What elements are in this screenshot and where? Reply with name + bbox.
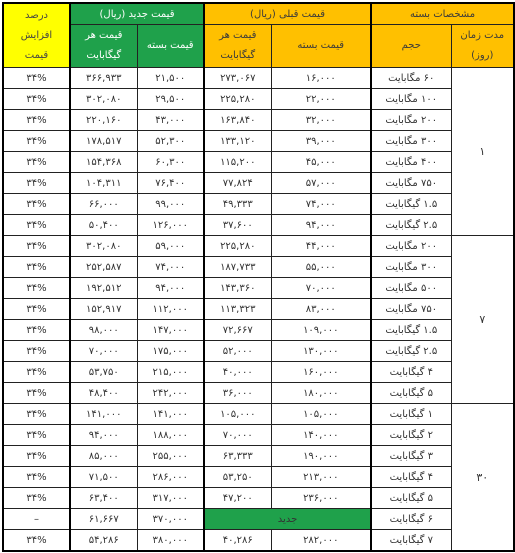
old-package-price-cell: ۳۹,۰۰۰ — [271, 131, 371, 152]
volume-cell: ۶ گیگابایت — [371, 509, 451, 530]
old-per-gb-cell: ۴۹,۳۳۳ — [204, 194, 271, 215]
new-per-gb-cell: ۱۹۲,۵۱۲ — [70, 278, 137, 299]
increase-pct-cell: ۳۴% — [3, 341, 70, 362]
new-package-price-cell: ۹۹,۰۰۰ — [137, 194, 204, 215]
increase-pct-cell: ۳۴% — [3, 89, 70, 110]
table-row: ۳۴%۱۰۴,۳۱۱۷۶,۴۰۰۷۷,۸۲۴۵۷,۰۰۰۷۵۰ مگابایت — [3, 173, 514, 194]
old-per-gb-cell: ۵۲,۰۰۰ — [204, 341, 271, 362]
header-row-1: درصد افزایش قیمت قیمت جدید (ریال) قیمت ق… — [3, 3, 514, 25]
old-per-gb-cell: ۵۳,۲۵۰ — [204, 467, 271, 488]
increase-pct-cell: ۳۴% — [3, 383, 70, 404]
new-per-gb-cell: ۸۵,۰۰۰ — [70, 446, 137, 467]
new-per-gb-cell: ۹۴,۰۰۰ — [70, 425, 137, 446]
increase-pct-cell: ۳۴% — [3, 152, 70, 173]
old-package-price-cell: ۲۱۳,۰۰۰ — [271, 467, 371, 488]
volume-cell: ۳ گیگابایت — [371, 446, 451, 467]
new-per-gb-cell: ۱۵۴,۳۶۸ — [70, 152, 137, 173]
header-old-package-price: قیمت بسته — [271, 25, 371, 68]
new-per-gb-cell: ۳۰۲,۰۸۰ — [70, 236, 137, 257]
table-row: ۳۴%۷۰,۰۰۰۱۷۵,۰۰۰۵۲,۰۰۰۱۳۰,۰۰۰۲.۵ گیگابای… — [3, 341, 514, 362]
volume-cell: ۷۵۰ مگابایت — [371, 173, 451, 194]
volume-cell: ۲۰۰ مگابایت — [371, 236, 451, 257]
new-package-price-cell: ۷۶,۴۰۰ — [137, 173, 204, 194]
old-per-gb-cell: ۱۶۳,۸۴۰ — [204, 110, 271, 131]
volume-cell: ۴ گیگابایت — [371, 467, 451, 488]
table-row: ۳۴%۷۱,۵۰۰۲۸۶,۰۰۰۵۳,۲۵۰۲۱۳,۰۰۰۴ گیگابایت — [3, 467, 514, 488]
new-per-gb-cell: ۶۱,۶۶۷ — [70, 509, 137, 530]
table-row: ۳۴%۵۳,۷۵۰۲۱۵,۰۰۰۴۰,۰۰۰۱۶۰,۰۰۰۴ گیگابایت — [3, 362, 514, 383]
new-per-gb-cell: ۷۱,۵۰۰ — [70, 467, 137, 488]
header-new-per-gb: قیمت هر گیگابایت — [70, 25, 137, 68]
table-row: ۳۴%۳۰۲,۰۸۰۵۹,۰۰۰۲۲۵,۲۸۰۴۴,۰۰۰۲۰۰ مگابایت… — [3, 236, 514, 257]
old-per-gb-cell: ۲۲۵,۲۸۰ — [204, 89, 271, 110]
volume-cell: ۲.۵ گیگابایت — [371, 341, 451, 362]
new-package-price-cell: ۶۰,۳۰۰ — [137, 152, 204, 173]
new-per-gb-cell: ۴۸,۴۰۰ — [70, 383, 137, 404]
header-new-per-gb-line1: قیمت هر — [71, 26, 137, 46]
volume-cell: ۱.۵ گیگابایت — [371, 320, 451, 341]
volume-cell: ۴ گیگابایت — [371, 362, 451, 383]
new-per-gb-cell: ۷۰,۰۰۰ — [70, 341, 137, 362]
old-package-price-cell: ۲۲,۰۰۰ — [271, 89, 371, 110]
old-package-price-cell: ۵۵,۰۰۰ — [271, 257, 371, 278]
header-new-per-gb-line2: گیگابایت — [71, 46, 137, 66]
old-package-price-cell: ۵۷,۰۰۰ — [271, 173, 371, 194]
increase-pct-cell: ۳۴% — [3, 110, 70, 131]
old-per-gb-cell: ۱۴۳,۳۶۰ — [204, 278, 271, 299]
new-per-gb-cell: ۲۲۰,۱۶۰ — [70, 110, 137, 131]
new-package-price-cell: ۱۷۵,۰۰۰ — [137, 341, 204, 362]
increase-pct-cell: – — [3, 509, 70, 530]
new-package-price-cell: ۲۱,۵۰۰ — [137, 68, 204, 89]
new-package-price-cell: ۱۲۶,۰۰۰ — [137, 215, 204, 236]
old-per-gb-cell: ۴۰,۰۰۰ — [204, 362, 271, 383]
header-duration-line2: (روز) — [452, 46, 514, 66]
increase-pct-cell: ۳۴% — [3, 530, 70, 552]
old-package-price-cell: ۱۳۰,۰۰۰ — [271, 341, 371, 362]
table-row: ۳۴%۱۷۸,۵۱۷۵۲,۳۰۰۱۳۳,۱۲۰۳۹,۰۰۰۳۰۰ مگابایت — [3, 131, 514, 152]
new-per-gb-cell: ۵۳,۷۵۰ — [70, 362, 137, 383]
increase-pct-cell: ۳۴% — [3, 299, 70, 320]
increase-pct-cell: ۳۴% — [3, 68, 70, 89]
old-per-gb-cell: ۱۸۷,۷۳۳ — [204, 257, 271, 278]
new-package-price-cell: ۳۸۰,۰۰۰ — [137, 530, 204, 552]
duration-cell: ۷ — [451, 236, 514, 404]
old-package-price-cell: ۱۶,۰۰۰ — [271, 68, 371, 89]
old-per-gb-cell: ۱۳۳,۱۲۰ — [204, 131, 271, 152]
new-package-price-cell: ۵۲,۳۰۰ — [137, 131, 204, 152]
table-row: ۳۴%۳۰۲,۰۸۰۲۹,۵۰۰۲۲۵,۲۸۰۲۲,۰۰۰۱۰۰ مگابایت — [3, 89, 514, 110]
increase-pct-cell: ۳۴% — [3, 488, 70, 509]
volume-cell: ۵۰۰ مگابایت — [371, 278, 451, 299]
new-package-price-cell: ۱۴۱,۰۰۰ — [137, 404, 204, 425]
header-new-package-price: قیمت بسته — [137, 25, 204, 68]
new-per-gb-cell: ۲۵۲,۵۸۷ — [70, 257, 137, 278]
header-old-per-gb-line2: گیگابایت — [205, 46, 271, 66]
increase-pct-cell: ۳۴% — [3, 257, 70, 278]
table-row: ۳۴%۹۴,۰۰۰۱۸۸,۰۰۰۷۰,۰۰۰۱۴۰,۰۰۰۲ گیگابایت — [3, 425, 514, 446]
new-package-price-cell: ۵۹,۰۰۰ — [137, 236, 204, 257]
header-old-per-gb-line1: قیمت هر — [205, 26, 271, 46]
increase-pct-cell: ۳۴% — [3, 278, 70, 299]
new-package-price-cell: ۱۱۲,۰۰۰ — [137, 299, 204, 320]
increase-pct-cell: ۳۴% — [3, 320, 70, 341]
header-old-per-gb: قیمت هر گیگابایت — [204, 25, 271, 68]
old-package-price-cell: ۸۳,۰۰۰ — [271, 299, 371, 320]
old-package-price-cell: ۷۴,۰۰۰ — [271, 194, 371, 215]
table-row: ۳۴%۴۸,۴۰۰۲۴۲,۰۰۰۳۶,۰۰۰۱۸۰,۰۰۰۵ گیگابایت — [3, 383, 514, 404]
old-per-gb-cell: ۷۰,۰۰۰ — [204, 425, 271, 446]
old-package-price-cell: ۴۵,۰۰۰ — [271, 152, 371, 173]
table-row: ۳۴%۳۶۶,۹۳۳۲۱,۵۰۰۲۷۳,۰۶۷۱۶,۰۰۰۶۰ مگابایت۱ — [3, 68, 514, 89]
volume-cell: ۳۰۰ مگابایت — [371, 131, 451, 152]
header-increase-pct: درصد افزایش قیمت — [3, 3, 70, 68]
increase-pct-cell: ۳۴% — [3, 467, 70, 488]
new-package-price-cell: ۲۱۵,۰۰۰ — [137, 362, 204, 383]
duration-cell: ۱ — [451, 68, 514, 236]
new-package-badge: جدید — [204, 509, 371, 530]
old-per-gb-cell: ۴۷,۲۰۰ — [204, 488, 271, 509]
header-increase-pct-line2: افزایش — [4, 26, 69, 46]
new-per-gb-cell: ۹۸,۰۰۰ — [70, 320, 137, 341]
old-package-price-cell: ۳۲,۰۰۰ — [271, 110, 371, 131]
table-row: ۳۴%۱۵۴,۳۶۸۶۰,۳۰۰۱۱۵,۲۰۰۴۵,۰۰۰۴۰۰ مگابایت — [3, 152, 514, 173]
header-old-price-group: قیمت قبلی (ریال) — [204, 3, 371, 25]
volume-cell: ۲ گیگابایت — [371, 425, 451, 446]
new-package-price-cell: ۳۷۰,۰۰۰ — [137, 509, 204, 530]
increase-pct-cell: ۳۴% — [3, 446, 70, 467]
increase-pct-cell: ۳۴% — [3, 131, 70, 152]
new-package-price-cell: ۱۴۷,۰۰۰ — [137, 320, 204, 341]
new-per-gb-cell: ۳۶۶,۹۳۳ — [70, 68, 137, 89]
increase-pct-cell: ۳۴% — [3, 215, 70, 236]
old-package-price-cell: ۹۴,۰۰۰ — [271, 215, 371, 236]
new-per-gb-cell: ۳۰۲,۰۸۰ — [70, 89, 137, 110]
new-package-price-cell: ۳۱۷,۰۰۰ — [137, 488, 204, 509]
header-increase-pct-line3: قیمت — [4, 46, 69, 66]
new-per-gb-cell: ۶۳,۴۰۰ — [70, 488, 137, 509]
new-per-gb-cell: ۱۷۸,۵۱۷ — [70, 131, 137, 152]
old-package-price-cell: ۱۹۰,۰۰۰ — [271, 446, 371, 467]
old-per-gb-cell: ۳۶,۰۰۰ — [204, 383, 271, 404]
table-row: ۳۴%۹۸,۰۰۰۱۴۷,۰۰۰۷۲,۶۶۷۱۰۹,۰۰۰۱.۵ گیگابای… — [3, 320, 514, 341]
new-package-price-cell: ۱۸۸,۰۰۰ — [137, 425, 204, 446]
new-package-price-cell: ۲۴۲,۰۰۰ — [137, 383, 204, 404]
volume-cell: ۲۰۰ مگابایت — [371, 110, 451, 131]
new-per-gb-cell: ۵۰,۴۰۰ — [70, 215, 137, 236]
header-duration: مدت زمان (روز) — [451, 25, 514, 68]
header-volume: حجم — [371, 25, 451, 68]
header-package-spec-group: مشخصات بسته — [371, 3, 514, 25]
table-row: ۳۴%۵۴,۲۸۶۳۸۰,۰۰۰۴۰,۲۸۶۲۸۲,۰۰۰۷ گیگابایت — [3, 530, 514, 552]
header-increase-pct-line1: درصد — [4, 6, 69, 26]
old-package-price-cell: ۲۳۶,۰۰۰ — [271, 488, 371, 509]
table-row: ۳۴%۱۹۲,۵۱۲۹۴,۰۰۰۱۴۳,۳۶۰۷۰,۰۰۰۵۰۰ مگابایت — [3, 278, 514, 299]
new-package-price-cell: ۴۳,۰۰۰ — [137, 110, 204, 131]
table-row: ۳۴%۶۳,۴۰۰۳۱۷,۰۰۰۴۷,۲۰۰۲۳۶,۰۰۰۵ گیگابایت — [3, 488, 514, 509]
old-package-price-cell: ۱۸۰,۰۰۰ — [271, 383, 371, 404]
old-package-price-cell: ۱۰۹,۰۰۰ — [271, 320, 371, 341]
new-package-price-cell: ۲۵۵,۰۰۰ — [137, 446, 204, 467]
old-per-gb-cell: ۲۲۵,۲۸۰ — [204, 236, 271, 257]
old-package-price-cell: ۱۰۵,۰۰۰ — [271, 404, 371, 425]
duration-cell: ۳۰ — [451, 404, 514, 552]
increase-pct-cell: ۳۴% — [3, 236, 70, 257]
table-row: ۳۴%۱۵۲,۹۱۷۱۱۲,۰۰۰۱۱۳,۳۲۳۸۳,۰۰۰۷۵۰ مگابای… — [3, 299, 514, 320]
volume-cell: ۷۵۰ مگابایت — [371, 299, 451, 320]
increase-pct-cell: ۳۴% — [3, 173, 70, 194]
new-package-price-cell: ۷۴,۰۰۰ — [137, 257, 204, 278]
volume-cell: ۷ گیگابایت — [371, 530, 451, 552]
new-per-gb-cell: ۱۰۴,۳۱۱ — [70, 173, 137, 194]
price-table: درصد افزایش قیمت قیمت جدید (ریال) قیمت ق… — [2, 2, 515, 552]
new-package-price-cell: ۹۴,۰۰۰ — [137, 278, 204, 299]
new-per-gb-cell: ۱۴۱,۰۰۰ — [70, 404, 137, 425]
header-row-2: قیمت هر گیگابایت قیمت بسته قیمت هر گیگاب… — [3, 25, 514, 68]
old-per-gb-cell: ۳۷,۶۰۰ — [204, 215, 271, 236]
increase-pct-cell: ۳۴% — [3, 194, 70, 215]
old-per-gb-cell: ۱۱۳,۳۲۳ — [204, 299, 271, 320]
new-per-gb-cell: ۱۵۲,۹۱۷ — [70, 299, 137, 320]
table-row: ۳۴%۵۰,۴۰۰۱۲۶,۰۰۰۳۷,۶۰۰۹۴,۰۰۰۲.۵ گیگابایت — [3, 215, 514, 236]
table-row: –۶۱,۶۶۷۳۷۰,۰۰۰جدید۶ گیگابایت — [3, 509, 514, 530]
old-per-gb-cell: ۷۷,۸۲۴ — [204, 173, 271, 194]
header-new-price-group: قیمت جدید (ریال) — [70, 3, 204, 25]
increase-pct-cell: ۳۴% — [3, 362, 70, 383]
new-package-price-cell: ۲۹,۵۰۰ — [137, 89, 204, 110]
old-per-gb-cell: ۱۱۵,۲۰۰ — [204, 152, 271, 173]
volume-cell: ۵ گیگابایت — [371, 383, 451, 404]
old-package-price-cell: ۴۴,۰۰۰ — [271, 236, 371, 257]
volume-cell: ۴۰۰ مگابایت — [371, 152, 451, 173]
volume-cell: ۲.۵ گیگابایت — [371, 215, 451, 236]
old-package-price-cell: ۷۰,۰۰۰ — [271, 278, 371, 299]
old-per-gb-cell: ۷۲,۶۶۷ — [204, 320, 271, 341]
table-row: ۳۴%۸۵,۰۰۰۲۵۵,۰۰۰۶۳,۳۳۳۱۹۰,۰۰۰۳ گیگابایت — [3, 446, 514, 467]
header-duration-line1: مدت زمان — [452, 26, 514, 46]
increase-pct-cell: ۳۴% — [3, 425, 70, 446]
old-per-gb-cell: ۱۰۵,۰۰۰ — [204, 404, 271, 425]
new-per-gb-cell: ۵۴,۲۸۶ — [70, 530, 137, 552]
volume-cell: ۳۰۰ مگابایت — [371, 257, 451, 278]
table-row: ۳۴%۶۶,۰۰۰۹۹,۰۰۰۴۹,۳۳۳۷۴,۰۰۰۱.۵ گیگابایت — [3, 194, 514, 215]
old-per-gb-cell: ۲۷۳,۰۶۷ — [204, 68, 271, 89]
volume-cell: ۵ گیگابایت — [371, 488, 451, 509]
new-package-price-cell: ۲۸۶,۰۰۰ — [137, 467, 204, 488]
volume-cell: ۱.۵ گیگابایت — [371, 194, 451, 215]
old-package-price-cell: ۱۶۰,۰۰۰ — [271, 362, 371, 383]
old-per-gb-cell: ۶۳,۳۳۳ — [204, 446, 271, 467]
table-row: ۳۴%۲۲۰,۱۶۰۴۳,۰۰۰۱۶۳,۸۴۰۳۲,۰۰۰۲۰۰ مگابایت — [3, 110, 514, 131]
volume-cell: ۶۰ مگابایت — [371, 68, 451, 89]
volume-cell: ۱ گیگابایت — [371, 404, 451, 425]
new-per-gb-cell: ۶۶,۰۰۰ — [70, 194, 137, 215]
old-package-price-cell: ۱۴۰,۰۰۰ — [271, 425, 371, 446]
old-package-price-cell: ۲۸۲,۰۰۰ — [271, 530, 371, 552]
table-row: ۳۴%۲۵۲,۵۸۷۷۴,۰۰۰۱۸۷,۷۳۳۵۵,۰۰۰۳۰۰ مگابایت — [3, 257, 514, 278]
increase-pct-cell: ۳۴% — [3, 404, 70, 425]
volume-cell: ۱۰۰ مگابایت — [371, 89, 451, 110]
old-per-gb-cell: ۴۰,۲۸۶ — [204, 530, 271, 552]
table-row: ۳۴%۱۴۱,۰۰۰۱۴۱,۰۰۰۱۰۵,۰۰۰۱۰۵,۰۰۰۱ گیگابای… — [3, 404, 514, 425]
